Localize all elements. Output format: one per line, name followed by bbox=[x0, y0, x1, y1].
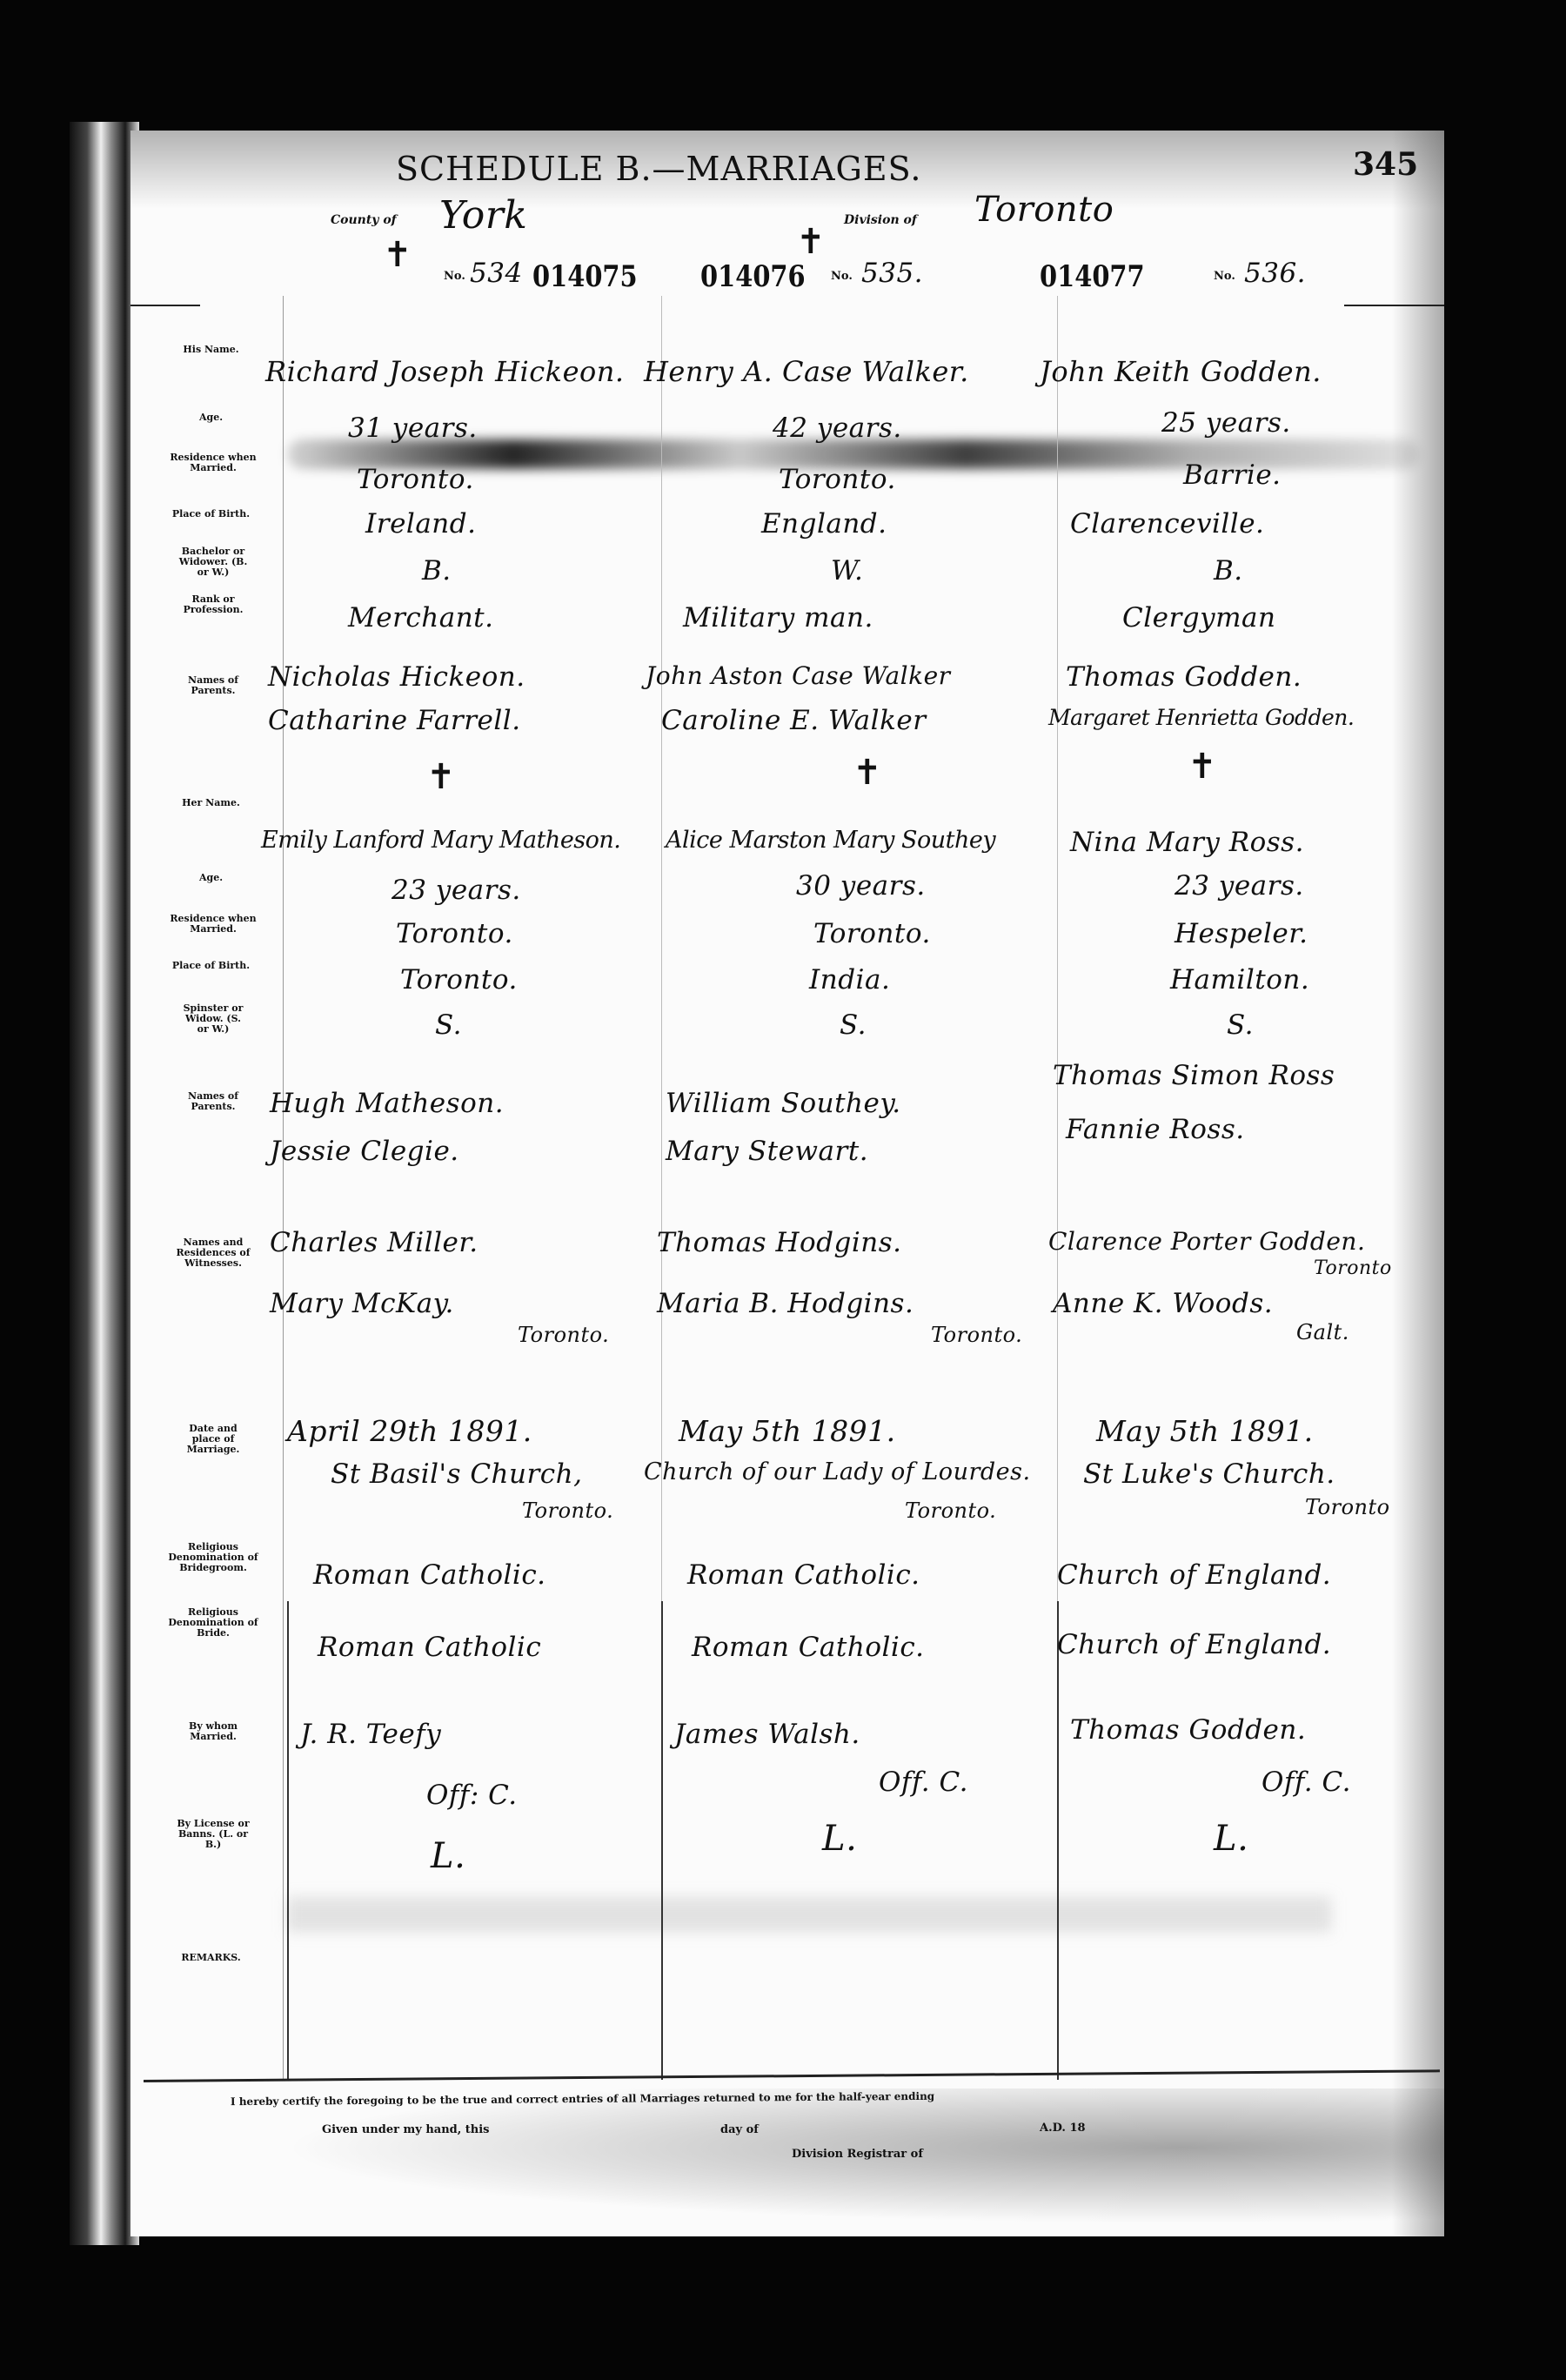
entry2-place: Church of our Lady of Lourdes. bbox=[644, 1458, 1031, 1485]
label-by-whom: By whom Married. bbox=[178, 1721, 248, 1742]
entry2-religion-groom: Roman Catholic. bbox=[687, 1559, 920, 1591]
label-license-banns: By License or Banns. (L. or B.) bbox=[170, 1819, 257, 1850]
entry1-religion-bride: Roman Catholic bbox=[318, 1632, 541, 1663]
entry2-witness-1: Thomas Hodgins. bbox=[657, 1227, 901, 1258]
entry1-her-birthplace: Toronto. bbox=[400, 964, 518, 996]
label-his-residence: Residence when Married. bbox=[161, 453, 265, 473]
column-divider-lower-2 bbox=[1057, 1601, 1059, 2080]
entry1-his-residence: Toronto. bbox=[357, 464, 474, 495]
entry3-bachelor-widower: B. bbox=[1214, 555, 1243, 587]
entry2-rank-profession: Military man. bbox=[683, 602, 873, 634]
entry3-place: St Luke's Church. bbox=[1083, 1458, 1335, 1490]
entry3-his-birthplace: Clarenceville. bbox=[1070, 508, 1264, 540]
division-value: Toronto bbox=[974, 190, 1114, 230]
entry2-officiant-note: Off. C. bbox=[879, 1767, 968, 1798]
entry1-bachelor-widower: B. bbox=[422, 555, 452, 587]
entry-no-value-3: 536. bbox=[1244, 258, 1306, 289]
label-her-birthplace: Place of Birth. bbox=[139, 961, 283, 971]
label-his-parents: Names of Parents. bbox=[178, 675, 248, 696]
entry2-bachelor-widower: W. bbox=[831, 555, 863, 587]
column-divider-lower-1 bbox=[661, 1601, 663, 2080]
registration-number-3: 014077 bbox=[1040, 259, 1145, 294]
label-her-name: Her Name. bbox=[139, 798, 283, 808]
entry3-her-parent-2: Fannie Ross. bbox=[1066, 1114, 1245, 1145]
entry3-date: May 5th 1891. bbox=[1096, 1414, 1314, 1448]
entry3-her-age: 23 years. bbox=[1174, 870, 1304, 902]
entry3-license-banns: L. bbox=[1214, 1819, 1248, 1859]
registration-number-2: 014076 bbox=[700, 259, 806, 294]
entry3-place-city: Toronto bbox=[1305, 1495, 1390, 1519]
entry2-his-residence: Toronto. bbox=[779, 464, 896, 495]
entry3-his-parent-2: Margaret Henrietta Godden. bbox=[1048, 705, 1354, 730]
label-spinster-widow: Spinster or Widow. (S. or W.) bbox=[178, 1003, 248, 1035]
entry1-her-age: 23 years. bbox=[391, 875, 521, 906]
entry2-place-city: Toronto. bbox=[905, 1498, 996, 1523]
label-religion-groom: Religious Denomination of Bridegroom. bbox=[161, 1542, 265, 1573]
entry3-witness-1-residence: Toronto bbox=[1314, 1257, 1392, 1279]
schedule-title: SCHEDULE B.—MARRIAGES. bbox=[396, 150, 921, 188]
entry3-by-whom: Thomas Godden. bbox=[1070, 1714, 1306, 1746]
entry-no-label-2: No. bbox=[831, 270, 853, 283]
entry2-her-residence: Toronto. bbox=[813, 918, 931, 949]
entry2-his-age: 42 years. bbox=[773, 412, 902, 444]
entry1-her-parent-1: Hugh Matheson. bbox=[270, 1088, 504, 1119]
entry3-her-residence: Hespeler. bbox=[1174, 918, 1308, 949]
entry2-her-parent-2: Mary Stewart. bbox=[666, 1136, 868, 1167]
entry1-place: St Basil's Church, bbox=[331, 1458, 582, 1490]
column-divider-label bbox=[283, 296, 284, 2080]
entry1-his-parent-2: Catharine Farrell. bbox=[268, 705, 521, 736]
county-label: County of bbox=[331, 213, 397, 227]
cross-mark-icon: ✝ bbox=[383, 235, 412, 275]
label-rank-profession: Rank or Profession. bbox=[178, 594, 248, 615]
entry2-his-parent-2: Caroline E. Walker bbox=[661, 705, 927, 736]
label-witnesses: Names and Residences of Witnesses. bbox=[165, 1237, 261, 1269]
entry3-his-residence: Barrie. bbox=[1183, 459, 1282, 491]
entry3-his-parent-1: Thomas Godden. bbox=[1066, 661, 1302, 693]
entry3-witness-2: Anne K. Woods. bbox=[1053, 1288, 1273, 1319]
division-label: Division of bbox=[844, 213, 917, 227]
label-remarks: REMARKS. bbox=[139, 1953, 283, 1963]
book-spine bbox=[70, 122, 139, 2245]
certification-registrar: Division Registrar of bbox=[792, 2148, 923, 2161]
county-value: York bbox=[439, 193, 527, 238]
entry2-her-age: 30 years. bbox=[796, 870, 926, 902]
entry3-officiant-note: Off. C. bbox=[1261, 1767, 1351, 1798]
label-his-birthplace: Place of Birth. bbox=[139, 509, 283, 520]
entry2-her-name: Alice Marston Mary Southey bbox=[666, 827, 995, 854]
entry1-spinster-widow: S. bbox=[435, 1009, 462, 1041]
entry3-spinster-widow: S. bbox=[1227, 1009, 1254, 1041]
label-his-age: Age. bbox=[139, 412, 283, 423]
certification-ad: A.D. 18 bbox=[1040, 2122, 1086, 2135]
entry3-her-birthplace: Hamilton. bbox=[1170, 964, 1309, 996]
label-her-residence: Residence when Married. bbox=[165, 914, 261, 935]
entry2-religion-bride: Roman Catholic. bbox=[692, 1632, 925, 1663]
label-her-age: Age. bbox=[139, 873, 283, 883]
entry2-his-parent-1: John Aston Case Walker bbox=[646, 661, 951, 690]
scan-shading-bottom bbox=[130, 2088, 1444, 2236]
entry3-rank-profession: Clergyman bbox=[1122, 602, 1276, 634]
entry-no-label-3: No. bbox=[1214, 270, 1235, 283]
page-number: 345 bbox=[1353, 146, 1418, 183]
entry1-his-birthplace: Ireland. bbox=[365, 508, 476, 540]
entry2-witness-2: Maria B. Hodgins. bbox=[657, 1288, 913, 1319]
entry1-date: April 29th 1891. bbox=[287, 1414, 532, 1448]
entry3-his-name: John Keith Godden. bbox=[1040, 355, 1322, 388]
label-bachelor-widower: Bachelor or Widower. (B. or W.) bbox=[178, 546, 248, 578]
entry2-her-parent-1: William Southey. bbox=[666, 1088, 901, 1119]
header-rule-left bbox=[130, 305, 200, 306]
entry1-her-name: Emily Lanford Mary Matheson. bbox=[261, 827, 620, 854]
entry1-his-parent-1: Nicholas Hickeon. bbox=[268, 661, 525, 693]
entry1-her-parent-2: Jessie Clegie. bbox=[270, 1136, 459, 1167]
certification-day-of: day of bbox=[720, 2123, 759, 2136]
entry2-spinster-widow: S. bbox=[840, 1009, 867, 1041]
entry1-officiant-note: Off: C. bbox=[426, 1780, 518, 1811]
entry2-witness-residence: Toronto. bbox=[931, 1323, 1022, 1347]
entry1-his-age: 31 years. bbox=[348, 412, 478, 444]
entry2-by-whom: James Walsh. bbox=[674, 1719, 860, 1750]
entry3-her-parent-1: Thomas Simon Ross bbox=[1053, 1060, 1335, 1091]
entry1-her-residence: Toronto. bbox=[396, 918, 513, 949]
entry1-his-name: Richard Joseph Hickeon. bbox=[265, 355, 625, 388]
header-rule-right bbox=[1344, 305, 1444, 306]
entry2-his-name: Henry A. Case Walker. bbox=[644, 355, 969, 388]
entry1-by-whom: J. R. Teefy bbox=[300, 1719, 441, 1750]
entry1-witness-1: Charles Miller. bbox=[270, 1227, 478, 1258]
entry-no-value-2: 535. bbox=[861, 258, 923, 289]
entry1-rank-profession: Merchant. bbox=[348, 602, 494, 634]
entry2-his-birthplace: England. bbox=[761, 508, 887, 540]
label-religion-bride: Religious Denomination of Bride. bbox=[161, 1607, 265, 1639]
cross-mark-icon: ✝ bbox=[1188, 747, 1217, 787]
scan-fade bbox=[287, 1897, 1331, 1932]
cross-mark-icon: ✝ bbox=[426, 757, 456, 797]
cross-mark-icon: ✝ bbox=[796, 222, 826, 262]
registration-number-1: 014075 bbox=[532, 259, 638, 294]
label-her-parents: Names of Parents. bbox=[178, 1091, 248, 1112]
entry3-witness-residence: Galt. bbox=[1296, 1320, 1349, 1344]
entry1-place-city: Toronto. bbox=[522, 1498, 613, 1523]
entry3-religion-groom: Church of England. bbox=[1057, 1559, 1331, 1591]
entry1-religion-groom: Roman Catholic. bbox=[313, 1559, 546, 1591]
entry3-her-name: Nina Mary Ross. bbox=[1070, 827, 1304, 858]
entry1-witness-residence: Toronto. bbox=[518, 1323, 609, 1347]
entry3-his-age: 25 years. bbox=[1161, 407, 1291, 439]
entry2-date: May 5th 1891. bbox=[679, 1414, 896, 1448]
entry3-religion-bride: Church of England. bbox=[1057, 1629, 1331, 1660]
entry-no-label-1: No. bbox=[444, 270, 465, 283]
entry2-her-birthplace: India. bbox=[809, 964, 890, 996]
entry1-license-banns: L. bbox=[431, 1836, 465, 1876]
entry2-license-banns: L. bbox=[822, 1819, 857, 1859]
label-his-name: His Name. bbox=[139, 345, 283, 355]
entry1-witness-2: Mary McKay. bbox=[270, 1288, 454, 1319]
entry3-witness-1: Clarence Porter Godden. bbox=[1048, 1227, 1365, 1256]
cross-mark-icon: ✝ bbox=[853, 753, 882, 793]
label-date-place: Date and place of Marriage. bbox=[174, 1424, 252, 1455]
column-divider-lower-0 bbox=[287, 1601, 289, 2080]
entry-no-value-1: 534 bbox=[470, 258, 523, 289]
certification-given: Given under my hand, this bbox=[322, 2123, 490, 2136]
